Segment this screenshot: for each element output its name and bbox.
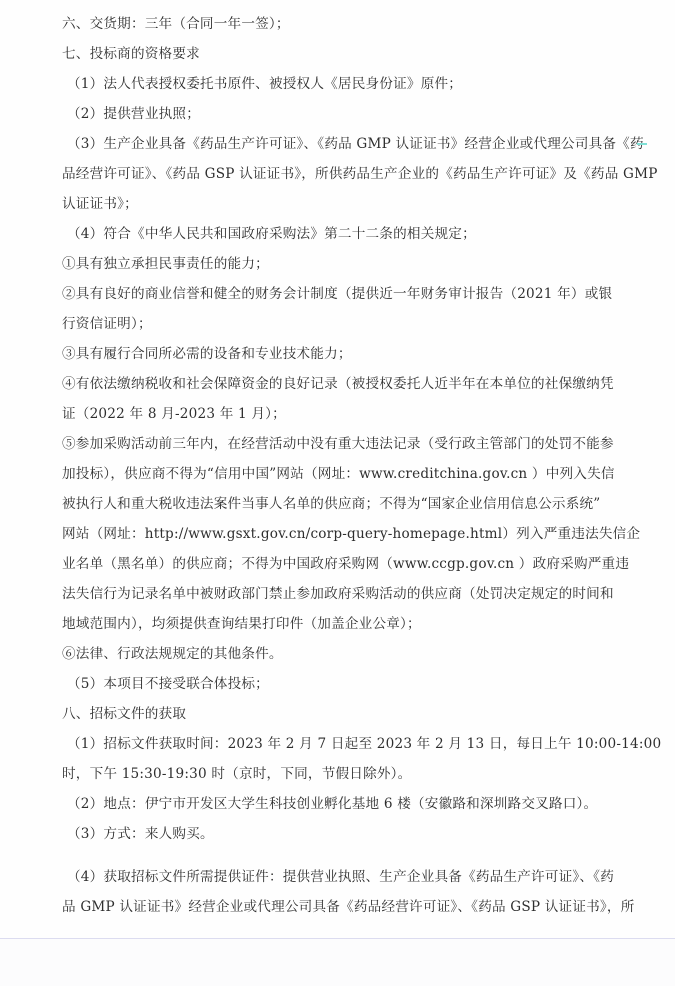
condition-5-line-3: 被执行人和重大税收违法案件当事人名单的供应商；不得为“国家企业信用信息公示系统” [62,495,600,513]
requirement-1: （1）法人代表授权委托书原件、被授权人《居民身份证》原件； [67,75,462,93]
condition-2-line-1: ②具有良好的商业信誉和健全的财务会计制度（提供近一年财务审计报告（2021 年）… [62,285,612,303]
condition-5-line-1: ⑤参加采购活动前三年内，在经营活动中没有重大违法记录（受行政主管部门的处罚不能参 [62,435,614,453]
requirement-5: （5）本项目不接受联合体投标； [67,675,269,693]
requirement-3-line-2: 品经营许可证》、《药品 GSP 认证证书》，所供药品生产企业的《药品生产许可证》… [62,165,658,183]
condition-4-line-1: ④有依法缴纳税收和社会保障资金的良好记录（被授权委托人近半年在本单位的社保缴纳凭 [62,375,614,393]
document-page: 六、交货期：三年（合同一年一签）； 七、投标商的资格要求 （1）法人代表授权委托… [0,0,675,938]
condition-5-line-4: 网站（网址：http://www.gsxt.gov.cn/corp-query-… [62,525,640,543]
condition-3: ③具有履行合同所必需的设备和专业技术能力； [62,345,352,363]
requirement-3-line-1: （3）生产企业具备《药品生产许可证》、《药品 GMP 认证证书》经营企业或代理公… [67,135,644,153]
condition-2-line-2: 行资信证明）； [62,315,152,333]
condition-5-line-5: 业名单（黑名单）的供应商；不得为中国政府采购网（www.ccgp.gov.cn … [62,555,629,573]
acquisition-4-line-1: （4）获取招标文件所需提供证件：提供营业执照、生产企业具备《药品生产许可证》、《… [67,868,614,886]
section-6-delivery-period: 六、交货期：三年（合同一年一签）； [62,15,290,33]
condition-5-line-6: 法失信行为记录名单中被财政部门禁止参加政府采购活动的供应商（处罚决定规定的时间和 [62,585,614,603]
condition-4-line-2: 证（2022 年 8 月-2023 年 1 月）； [62,405,286,423]
section-7-heading: 七、投标商的资格要求 [62,45,200,63]
acquisition-4-line-2: 品 GMP 认证证书》经营企业或代理公司具备《药品经营许可证》、《药品 GSP … [62,898,635,916]
acquisition-2-location: （2）地点：伊宁市开发区大学生科技创业孵化基地 6 楼（安徽路和深圳路交叉路口）… [67,795,597,813]
requirement-2: （2）提供营业执照； [67,105,200,123]
condition-5-line-2: 加投标），供应商不得为“信用中国”网站（网址：www.creditchina.g… [62,465,615,483]
requirement-3-line-3: 认证证书》； [62,195,138,213]
acquisition-1-line-1: （1）招标文件获取时间：2023 年 2 月 7 日起至 2023 年 2 月 … [67,735,661,753]
scan-edge-mark [637,143,647,145]
acquisition-1-line-2: 时，下午 15:30-19:30 时（京时，下同，节假日除外）。 [62,765,411,783]
condition-6: ⑥法律、行政法规规定的其他条件。 [62,645,283,663]
acquisition-3-method: （3）方式：来人购买。 [67,825,214,843]
page-gap-area [0,939,675,986]
requirement-4-heading: （4）符合《中华人民共和国政府采购法》第二十二条的相关规定； [67,225,476,243]
section-8-heading: 八、招标文件的获取 [62,705,186,723]
condition-5-line-7: 地域范围内），均须提供查询结果打印件（加盖企业公章）； [62,615,421,633]
condition-1: ①具有独立承担民事责任的能力； [62,255,269,273]
